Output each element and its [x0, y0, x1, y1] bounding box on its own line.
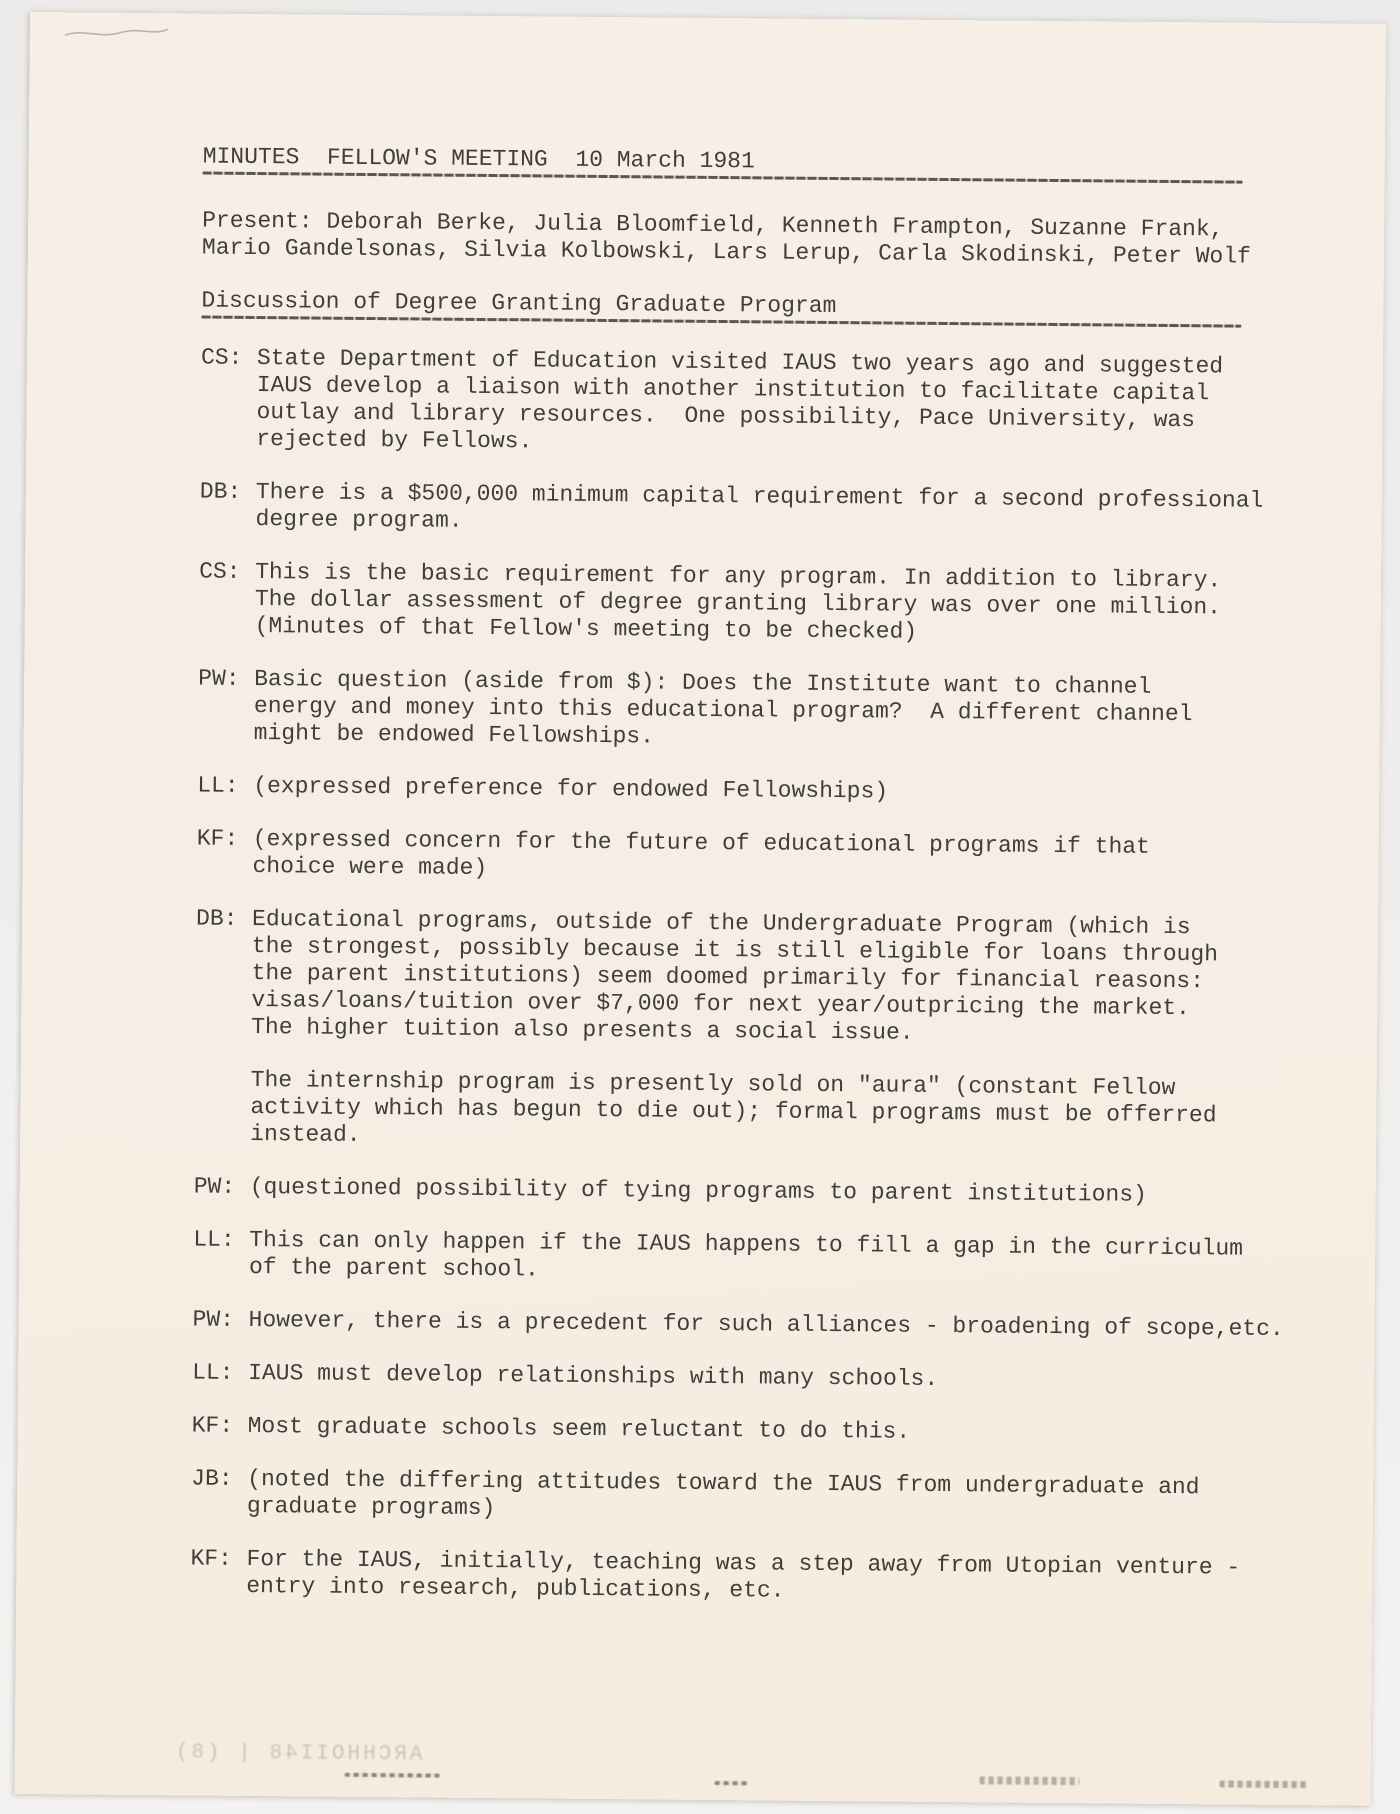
speaker-initials: LL:	[197, 772, 253, 799]
minutes-entry: KF: For the IAUS, initially, teaching wa…	[190, 1545, 1320, 1609]
entry-text: For the IAUS, initially, teaching was a …	[246, 1546, 1240, 1609]
speaker-initials: JB:	[191, 1465, 247, 1519]
entry-text: (questioned possibility of tying program…	[250, 1174, 1147, 1209]
entry-text: Most graduate schools seem reluctant to …	[248, 1413, 911, 1446]
pencil-mark-icon	[62, 24, 172, 41]
minutes-entry: LL: This can only happen if the IAUS hap…	[193, 1226, 1323, 1290]
speaker-initials: PW:	[194, 1173, 250, 1200]
minutes-entry: KF: Most graduate schools seem reluctant…	[192, 1412, 1322, 1449]
entry-text: The internship program is presently sold…	[250, 1067, 1217, 1156]
entry-text: (expressed preference for endowed Fellow…	[253, 773, 888, 806]
minutes-entry: CS: This is the basic requirement for an…	[199, 558, 1330, 649]
speaker-initials: DB:	[195, 905, 252, 1040]
speaker-initials: PW:	[198, 665, 255, 746]
speaker-initials: DB:	[199, 479, 255, 533]
mirrored-bleed-text: ARCHHOII48 | (8)	[173, 1741, 423, 1766]
scan-smudge	[345, 1773, 440, 1778]
entry-text: Educational programs, outside of the Und…	[251, 906, 1218, 1049]
entry-text: State Department of Education visited IA…	[256, 345, 1223, 461]
minutes-entry: PW: (questioned possibility of tying pro…	[194, 1173, 1324, 1210]
minutes-entry: JB: (noted the differing attitudes towar…	[191, 1465, 1321, 1529]
speaker-initials: CS:	[200, 345, 257, 453]
document-content: MINUTES FELLOW'S MEETING 10 March 1981 P…	[190, 144, 1333, 1610]
minutes-entry: CS: State Department of Education visite…	[200, 345, 1331, 463]
minutes-entry: DB: Educational programs, outside of the…	[195, 905, 1326, 1050]
entry-text: There is a $500,000 minimum capital requ…	[255, 479, 1263, 542]
attendees-line: Present: Deborah Berke, Julia Bloomfield…	[202, 208, 1332, 272]
speaker-initials: KF:	[192, 1412, 248, 1439]
entry-text: (noted the differing attitudes toward th…	[247, 1466, 1200, 1528]
speaker-initials: LL:	[193, 1226, 249, 1280]
minutes-entry: PW: However, there is a precedent for su…	[192, 1306, 1322, 1343]
minutes-entry: The internship program is presently sold…	[194, 1066, 1325, 1157]
entry-text: IAUS must develop relationships with man…	[248, 1360, 938, 1393]
entry-text: This can only happen if the IAUS happens…	[249, 1227, 1243, 1290]
minutes-entry: KF: (expressed concern for the future of…	[196, 825, 1326, 889]
speaker-initials: CS:	[199, 558, 256, 639]
speaker-initials: PW:	[192, 1306, 248, 1333]
minutes-entry: DB: There is a $500,000 minimum capital …	[199, 479, 1329, 543]
entry-text: This is the basic requirement for any pr…	[255, 559, 1222, 648]
speaker-initials: LL:	[192, 1359, 248, 1386]
document-page: MINUTES FELLOW'S MEETING 10 March 1981 P…	[14, 12, 1385, 1806]
scan-smudge	[715, 1781, 749, 1785]
minutes-entries: CS: State Department of Education visite…	[190, 345, 1331, 1610]
entry-text: However, there is a precedent for such a…	[248, 1307, 1283, 1343]
minutes-entry: PW: Basic question (aside from $): Does …	[198, 665, 1329, 756]
entry-text: (expressed concern for the future of edu…	[252, 826, 1150, 888]
minutes-entry: LL: IAUS must develop relationships with…	[192, 1359, 1322, 1396]
speaker-initials: KF:	[190, 1545, 246, 1599]
speaker-initials: KF:	[196, 825, 252, 879]
scan-smudge	[980, 1776, 1080, 1785]
entry-text: Basic question (aside from $): Does the …	[254, 666, 1193, 755]
scan-smudge	[1220, 1780, 1308, 1788]
speaker-initials	[194, 1066, 251, 1147]
minutes-entry: LL: (expressed preference for endowed Fe…	[197, 772, 1327, 809]
scanned-document-background: { "page": { "title": "MINUTES FELLOW'S M…	[0, 0, 1400, 1814]
